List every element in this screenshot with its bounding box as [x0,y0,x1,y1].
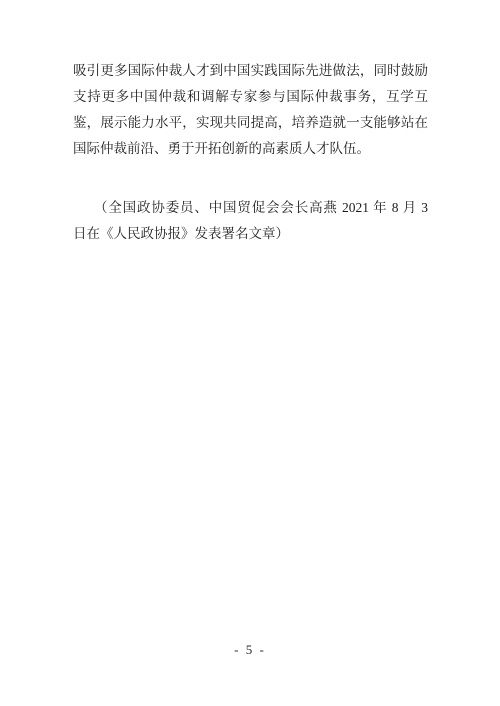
citation-line-2: 日在《人民政协报》发表署名文章） [73,221,428,247]
body-line-1: 吸引更多国际仲裁人才到中国实践国际先进做法，同时鼓励 [73,58,428,84]
page-number: - 5 - [234,642,266,657]
citation-line-1: （全国政协委员、中国贸促会会长高燕 2021 年 8 月 3 [73,195,428,221]
document-page: 吸引更多国际仲裁人才到中国实践国际先进做法，同时鼓励 支持更多中国仲裁和调解专家… [0,0,500,706]
page-footer: - 5 - [0,642,500,658]
body-line-3: 鉴，展示能力水平，实现共同提高，培养造就一支能够站在 [73,110,428,136]
citation-paragraph: （全国政协委员、中国贸促会会长高燕 2021 年 8 月 3 日在《人民政协报》… [73,195,428,247]
body-line-2: 支持更多中国仲裁和调解专家参与国际仲裁事务，互学互 [73,84,428,110]
body-paragraph: 吸引更多国际仲裁人才到中国实践国际先进做法，同时鼓励 支持更多中国仲裁和调解专家… [73,58,428,162]
body-line-4: 国际仲裁前沿、勇于开拓创新的高素质人才队伍。 [73,136,428,162]
